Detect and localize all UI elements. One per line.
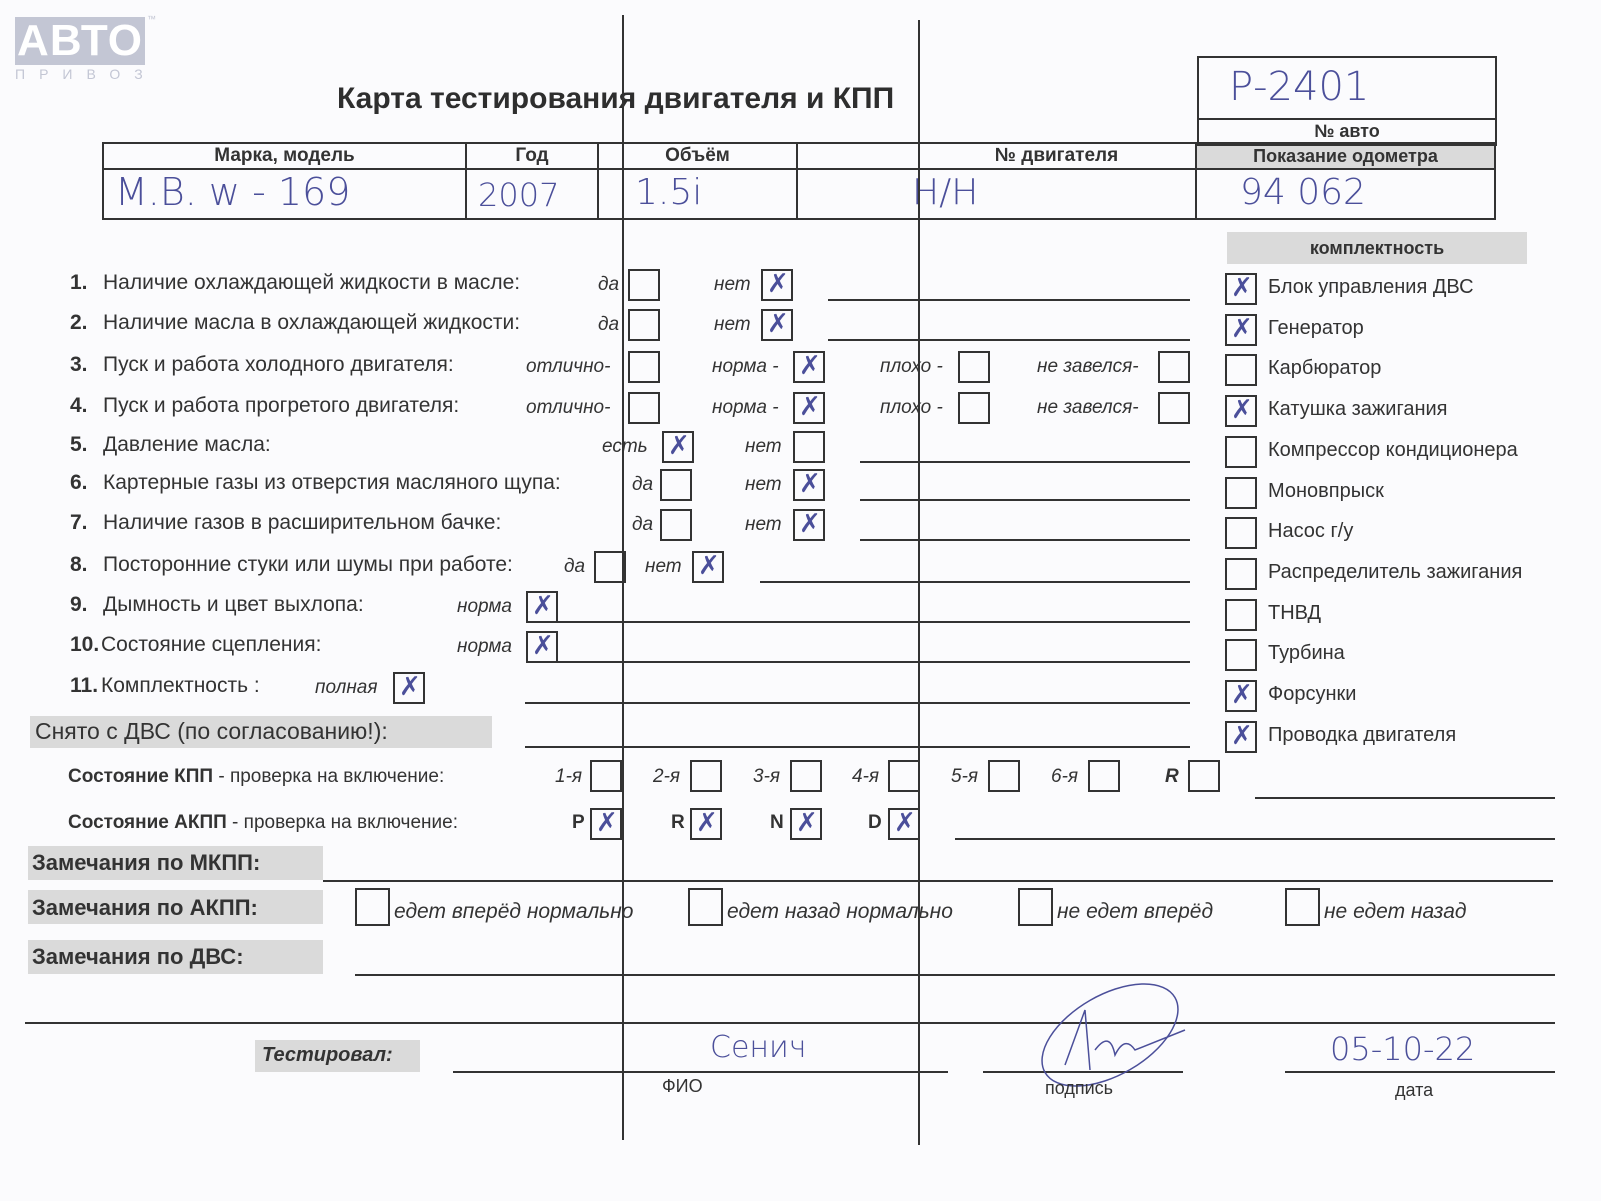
gear-label: 4-я [852,766,879,788]
option-checkbox[interactable] [628,309,660,341]
test-date[interactable]: 05-10-22 [1330,1030,1475,1068]
akpp-remark-label: едет вперёд нормально [394,900,633,924]
option-label: нет [714,274,751,296]
gear-checkbox[interactable] [888,760,920,792]
akpp-remark-checkbox[interactable] [1018,888,1053,926]
option-checkbox[interactable] [1158,351,1190,383]
completeness-item-label: Распределитель зажигания [1268,561,1522,584]
completeness-checkbox[interactable] [1225,395,1257,427]
option-label: да [598,274,619,296]
question-number: 7. [70,511,88,535]
date-caption: дата [1395,1080,1433,1101]
gear-checkbox[interactable] [1188,760,1220,792]
trademark: ™ [147,14,156,24]
akpp-notes-field[interactable] [955,838,1555,840]
mode-checkbox[interactable] [690,808,722,840]
gear-label: 5-я [951,766,978,788]
question-notes-field[interactable] [545,621,1190,623]
kpp-notes-field[interactable] [1255,797,1555,799]
mode-label: R [671,812,685,834]
remarks-mkpp-field[interactable] [323,880,1553,882]
logo-subtitle: ПРИВОЗ [15,66,157,82]
option-label: нет [745,436,782,458]
question-text: Давление масла: [103,433,271,457]
completeness-checkbox[interactable] [1225,273,1257,305]
completeness-item-label: ТНВД [1268,602,1321,625]
remarks-akpp-label: Замечания по АКПП: [32,895,258,921]
option-checkbox[interactable] [793,392,825,424]
option-label: норма [457,596,512,618]
logo: АВТО [15,17,145,65]
auto-number-box: Р-2401 [1197,56,1497,120]
completeness-checkbox[interactable] [1225,436,1257,468]
option-checkbox[interactable] [660,469,692,501]
option-label: да [598,314,619,336]
question-notes-field[interactable] [760,581,1190,583]
remarks-dvs-field-2[interactable] [25,1022,1555,1024]
completeness-item-label: Компрессор кондиционера [1268,439,1518,462]
completeness-item-label: Карбюратор [1268,357,1381,380]
option-checkbox[interactable] [393,672,425,704]
option-checkbox[interactable] [793,509,825,541]
option-label: полная [315,677,378,699]
question-text: Наличие газов в расширительном бачке: [103,511,501,535]
option-label: норма [457,636,512,658]
option-checkbox[interactable] [761,309,793,341]
question-text: Наличие охлаждающей жидкости в масле: [103,271,520,295]
question-number: 9. [70,593,88,617]
question-notes-field[interactable] [828,339,1190,341]
removed-label: Снято с ДВС (по согласованию!): [35,718,388,745]
question-notes-field[interactable] [545,661,1190,663]
option-checkbox[interactable] [958,351,990,383]
option-checkbox[interactable] [526,631,558,663]
question-text: Дымность и цвет выхлопа: [103,593,364,617]
tested-by-label: Тестировал: [262,1044,393,1067]
name-line [453,1071,948,1073]
page-title: Карта тестирования двигателя и КПП [337,82,894,116]
signature[interactable] [1015,970,1205,1095]
col-engine-number: № двигателя [798,145,1195,167]
mode-checkbox[interactable] [790,808,822,840]
completeness-checkbox[interactable] [1225,477,1257,509]
option-checkbox[interactable] [793,351,825,383]
completeness-checkbox[interactable] [1225,517,1257,549]
option-label: отлично- [526,356,610,378]
akpp-remark-label: не едет назад [1324,900,1466,924]
question-number: 4. [70,394,88,418]
option-checkbox[interactable] [793,431,825,463]
option-label: нет [714,314,751,336]
odometer-value[interactable]: 94 062 [1240,172,1366,213]
name-caption: ФИО [662,1076,703,1097]
mode-checkbox[interactable] [590,808,622,840]
option-checkbox[interactable] [1158,392,1190,424]
completeness-item-label: Генератор [1268,317,1364,340]
question-notes-field[interactable] [860,539,1190,541]
option-label: есть [602,436,648,458]
mode-label: D [868,812,882,834]
remarks-mkpp-label: Замечания по МКПП: [32,850,260,876]
option-label: нет [745,474,782,496]
option-label: нет [745,514,782,536]
completeness-title: комплектность [1227,232,1527,264]
akpp-remark-checkbox[interactable] [355,888,390,926]
akpp-label: Состояние АКПП - проверка на включение: [68,812,458,834]
completeness-checkbox[interactable] [1225,354,1257,386]
engine-number-value[interactable]: H/H [912,172,978,213]
kpp-label: Состояние КПП - проверка на включение: [68,766,444,788]
date-line [1285,1071,1555,1073]
option-checkbox[interactable] [958,392,990,424]
auto-number-value[interactable]: Р-2401 [1199,58,1495,116]
option-label: да [564,556,585,578]
completeness-checkbox[interactable] [1225,680,1257,712]
gear-checkbox[interactable] [690,760,722,792]
tester-name[interactable]: Сенич [710,1030,807,1065]
question-number: 5. [70,433,88,457]
completeness-item-label: Форсунки [1268,683,1356,706]
option-label: плохо - [880,356,943,378]
gear-label: 6-я [1051,766,1078,788]
mode-checkbox[interactable] [888,808,920,840]
gear-label: R [1165,766,1179,788]
akpp-remark-checkbox[interactable] [688,888,723,926]
mode-label: N [770,812,784,834]
completeness-checkbox[interactable] [1225,599,1257,631]
option-label: нет [645,556,682,578]
question-text: Картерные газы из отверстия масляного щу… [103,471,561,495]
question-notes-field[interactable] [860,499,1190,501]
col-year: Год [467,145,597,167]
completeness-checkbox[interactable] [1225,558,1257,590]
akpp-remark-checkbox[interactable] [1285,888,1320,926]
year-value[interactable]: 2007 [478,176,559,214]
question-number: 6. [70,471,88,495]
completeness-item-label: Насос г/у [1268,520,1353,543]
gear-checkbox[interactable] [790,760,822,792]
completeness-checkbox[interactable] [1225,639,1257,671]
option-label: плохо - [880,397,943,419]
volume-value[interactable]: 1.5i [635,172,702,213]
completeness-item-label: Блок управления ДВС [1268,276,1474,299]
question-number: 11. [70,674,98,698]
auto-number-label: № авто [1199,118,1495,144]
completeness-item-label: Проводка двигателя [1268,724,1456,747]
question-text: Посторонние стуки или шумы при работе: [103,553,513,577]
question-number: 1. [70,271,88,295]
question-number: 8. [70,553,88,577]
col-make-model: Марка, модель [104,145,465,167]
col-volume: Объём [599,145,796,167]
option-label: не завелся- [1037,397,1139,419]
completeness-item-label: Катушка зажигания [1268,398,1448,421]
question-text: Состояние сцепления: [101,633,321,657]
option-label: да [632,514,653,536]
completeness-item-label: Турбина [1268,642,1345,665]
option-checkbox[interactable] [660,509,692,541]
completeness-checkbox[interactable] [1225,721,1257,753]
removed-field[interactable] [525,746,1190,748]
completeness-item-label: Моновпрыск [1268,480,1384,503]
gear-label: 3-я [753,766,780,788]
question-notes-field[interactable] [860,461,1190,463]
option-checkbox[interactable] [662,431,694,463]
fold-line [622,15,624,1140]
option-label: норма - [712,397,779,419]
mode-label: P [572,812,585,834]
question-text: Пуск и работа прогретого двигателя: [103,394,459,418]
option-checkbox[interactable] [628,351,660,383]
completeness-checkbox[interactable] [1225,314,1257,346]
question-number: 3. [70,353,88,377]
option-label: норма - [712,356,779,378]
option-checkbox[interactable] [793,469,825,501]
option-checkbox[interactable] [526,591,558,623]
question-notes-field[interactable] [525,702,1190,704]
gear-checkbox[interactable] [590,760,622,792]
question-number: 2. [70,311,88,335]
question-text: Пуск и работа холодного двигателя: [103,353,454,377]
option-checkbox[interactable] [761,269,793,301]
question-text: Наличие масла в охлаждающей жидкости: [103,311,520,335]
gear-checkbox[interactable] [988,760,1020,792]
option-label: да [632,474,653,496]
question-number: 10. [70,633,99,657]
signature-caption: подпись [1045,1078,1113,1099]
question-notes-field[interactable] [828,299,1190,301]
make-model-value[interactable]: M.B. w - 169 [115,170,350,214]
option-label: не завелся- [1037,356,1139,378]
fold-line [918,20,920,1145]
option-checkbox[interactable] [628,392,660,424]
remarks-dvs-field[interactable] [355,974,1555,976]
akpp-remark-label: не едет вперёд [1057,900,1213,924]
option-checkbox[interactable] [628,269,660,301]
remarks-dvs-label: Замечания по ДВС: [32,944,244,970]
gear-checkbox[interactable] [1088,760,1120,792]
option-checkbox[interactable] [692,551,724,583]
question-text: Комплектность : [101,674,260,698]
gear-label: 1-я [555,766,582,788]
gear-label: 2-я [653,766,680,788]
col-odometer: Показание одометра [1197,146,1494,167]
option-label: отлично- [526,397,610,419]
